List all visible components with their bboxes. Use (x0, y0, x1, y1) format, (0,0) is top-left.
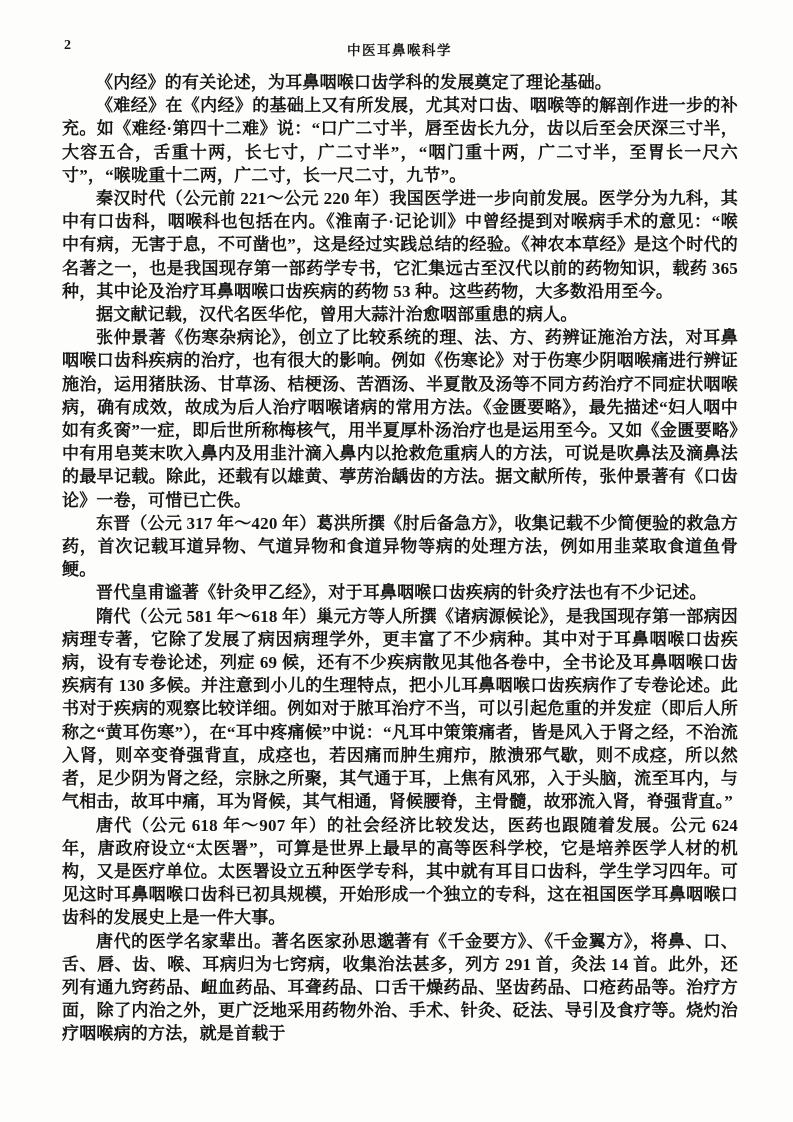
body-paragraph: 晋代皇甫谧著《针灸甲乙经》，对于耳鼻咽喉口齿疾病的针灸疗法也有不少记述。 (62, 581, 738, 604)
running-title: 中医耳鼻喉科学 (62, 39, 737, 59)
body-paragraph: 秦汉时代（公元前 221～公元 220 年）我国医学进一步向前发展。医学分为九科… (62, 187, 738, 303)
body-paragraph: 唐代的医学名家辈出。著名医家孙思邈著有《千金要方》、《千金翼方》，将鼻、口、舌、… (62, 930, 738, 1046)
body-paragraph: 《内经》的有关论述，为耳鼻咽喉口齿学科的发展奠定了理论基础。 (62, 71, 738, 94)
body-paragraph: 东晋（公元 317 年～420 年）葛洪所撰《肘后备急方》，收集记载不少简便验的… (62, 512, 738, 582)
book-page: 2 中医耳鼻喉科学 《内经》的有关论述，为耳鼻咽喉口齿学科的发展奠定了理论基础。… (0, 0, 793, 1122)
running-head: 2 中医耳鼻喉科学 (62, 38, 737, 58)
body-text: 《内经》的有关论述，为耳鼻咽喉口齿学科的发展奠定了理论基础。 《难经》在《内经》… (62, 71, 738, 1046)
body-paragraph: 张仲景著《伤寒杂病论》，创立了比较系统的理、法、方、药辨证施治方法，对耳鼻咽喉口… (62, 326, 738, 512)
body-paragraph: 据文献记载，汉代名医华佗，曾用大蒜汁治愈咽部重患的病人。 (62, 303, 738, 326)
body-paragraph: 唐代（公元 618 年～907 年）的社会经济比较发达，医药也跟随着发展。公元 … (62, 814, 738, 930)
body-paragraph: 隋代（公元 581 年～618 年）巢元方等人所撰《诸病源候论》，是我国现存第一… (62, 605, 738, 814)
body-paragraph: 《难经》在《内经》的基础上又有所发展，尤其对口齿、咽喉等的解剖作进一步的补充。如… (62, 94, 738, 187)
